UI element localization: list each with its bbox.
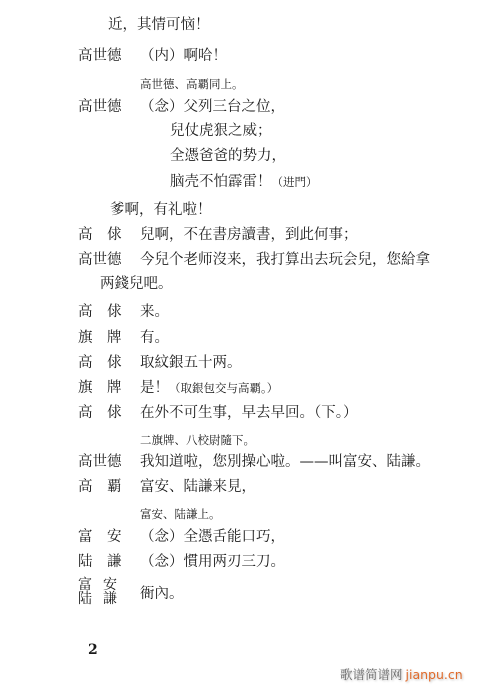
dialogue-text: （念）慣用两刃三刀。	[140, 553, 285, 571]
joint-speakers: 富安 陆謙	[78, 578, 128, 606]
speaker-name: 富安	[78, 578, 128, 592]
stage-direction: （进門）	[272, 175, 318, 189]
dialogue-continuation: 两錢兒吧。	[100, 275, 173, 293]
dialogue-text: （念）父列三台之位，	[140, 98, 285, 116]
stage-direction: 高世德、高覇同上。	[140, 75, 244, 93]
watermark-site: 歌谱简谱网	[340, 667, 403, 682]
dialogue-continuation: 爹啊，有礼啦！	[110, 201, 212, 219]
dialogue-text: 富安、陆謙来見，	[140, 478, 256, 496]
dialogue-text: 今兒个老师沒来，我打算出去玩会兒，您給拿	[140, 251, 430, 269]
speaker-name: 陆謙	[78, 592, 128, 606]
dialogue-text: 取紋銀五十两。	[140, 354, 242, 372]
dialogue-text: （念）全憑舌能口巧，	[140, 528, 285, 546]
stage-direction: 富安、陆謙上。	[140, 505, 221, 523]
stage-direction: （取銀包交与高覇。）	[169, 381, 278, 395]
verse-line: 兒仗虎狠之威；	[170, 122, 272, 140]
dialogue-text: 衙內。	[140, 585, 184, 603]
speaker-name: 高 覇	[78, 478, 122, 496]
verse-line: 全憑爸爸的势力，	[170, 147, 286, 165]
verse-text: 脑壳不怕霹雷！	[170, 174, 272, 190]
speaker-name: 高 俅	[78, 303, 122, 321]
dialogue-text: 有。	[140, 329, 169, 347]
speaker-name: 富 安	[78, 528, 122, 546]
speaker-name: 旗 牌	[78, 379, 122, 397]
speaker-name: 高 俅	[78, 226, 122, 244]
dialogue-text: （内）啊哈！	[140, 47, 227, 65]
watermark: 歌谱简谱网jianpu.cn	[340, 665, 463, 683]
speaker-name: 旗 牌	[78, 329, 122, 347]
dialogue-words: 是！	[140, 380, 169, 396]
dialogue-text: 来。	[140, 303, 169, 321]
dialogue-text: 我知道啦，您別操心啦。——叫富安、陆謙。	[140, 453, 430, 471]
speaker-name: 高 俅	[78, 404, 122, 422]
dialogue-continuation: 近，其情可恼！	[108, 16, 210, 34]
speaker-name: 高 俅	[78, 354, 122, 372]
dialogue-text: 在外不可生事，早去早回。（下。）	[140, 404, 358, 422]
speaker-name: 陆 謙	[78, 553, 122, 571]
page-number: 2	[88, 642, 98, 658]
dialogue-text: 是！（取銀包交与高覇。）	[140, 379, 278, 397]
speaker-name: 高世德	[78, 453, 122, 471]
dialogue-text: 兒啊，不在書房讀書，到此何事；	[140, 226, 358, 244]
speaker-name: 高世德	[78, 47, 122, 65]
stage-direction: 二旗牌、八校尉隨下。	[140, 431, 255, 449]
speaker-name: 高世德	[78, 98, 122, 116]
watermark-url: jianpu.cn	[406, 667, 463, 682]
verse-line: 脑壳不怕霹雷！（进門）	[170, 173, 318, 191]
speaker-name: 高世德	[78, 251, 122, 269]
